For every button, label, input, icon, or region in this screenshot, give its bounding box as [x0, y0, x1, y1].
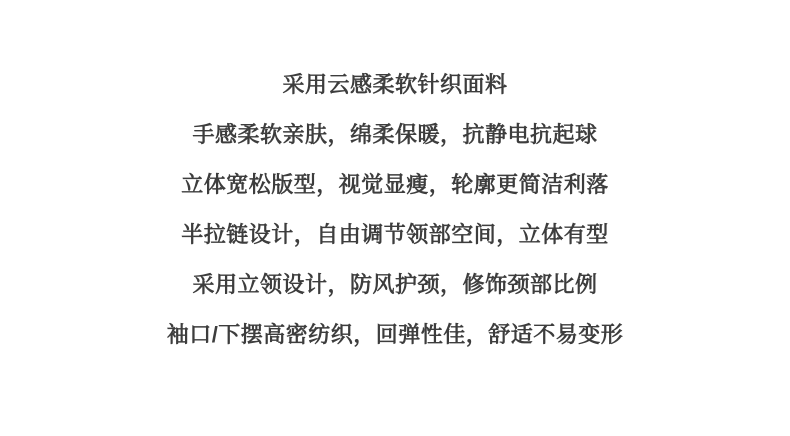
description-line-fit: 立体宽松版型，视觉显瘦，轮廓更简洁利落: [0, 160, 790, 210]
description-line-collar: 采用立领设计，防风护颈，修饰颈部比例: [0, 260, 790, 310]
description-line-cuffs: 袖口/下摆高密纺织，回弹性佳，舒适不易变形: [0, 310, 790, 360]
product-description-page: 采用云感柔软针织面料 手感柔软亲肤，绵柔保暖，抗静电抗起球 立体宽松版型，视觉显…: [0, 0, 790, 436]
description-line-zipper: 半拉链设计，自由调节领部空间，立体有型: [0, 210, 790, 260]
description-text-block: 采用云感柔软针织面料 手感柔软亲肤，绵柔保暖，抗静电抗起球 立体宽松版型，视觉显…: [0, 60, 790, 360]
description-line-feel: 手感柔软亲肤，绵柔保暖，抗静电抗起球: [0, 110, 790, 160]
description-line-fabric: 采用云感柔软针织面料: [0, 60, 790, 110]
